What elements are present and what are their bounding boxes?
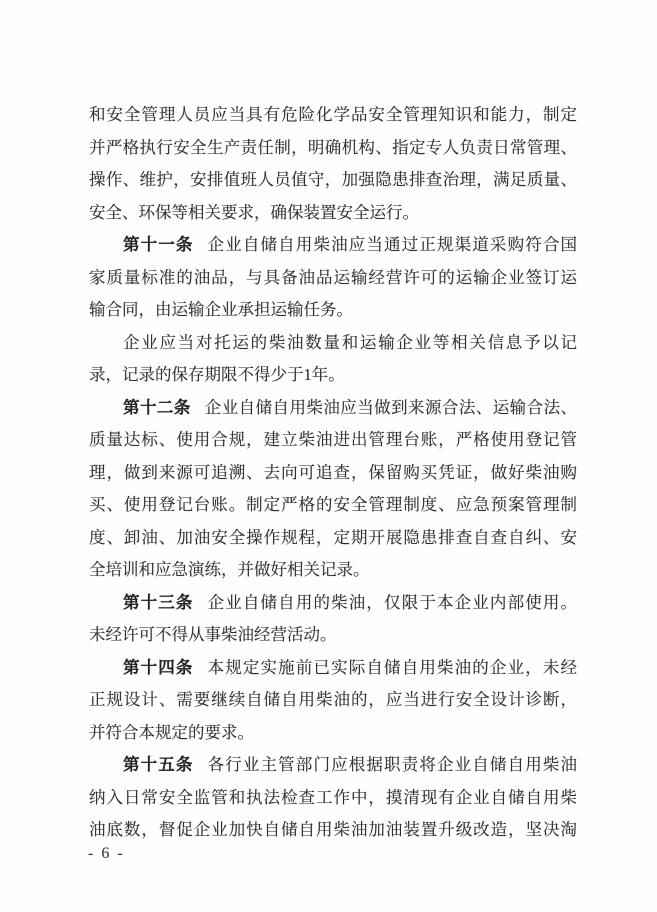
line-text: 安全、环保等相关要求，确保装置安全运行。	[89, 203, 419, 222]
line-text: 本规定实施前已实际自储自用柴油的企业，未经	[208, 658, 577, 677]
line-text: 纳入日常安全监管和执法检查工作中，摸清现有企业自储自用柴	[89, 788, 577, 807]
line-text: 质量达标、使用合规，建立柴油进出管理台账，严格使用登记管	[89, 430, 577, 449]
line-text: 和安全管理人员应当具有危险化学品安全管理知识和能力，制定	[89, 105, 577, 124]
line-text: 企业自储自用柴油应当通过正规渠道采购符合国	[208, 235, 577, 254]
line-text: 买、使用登记台账。制定严格的安全管理制度、应急预案管理制	[89, 495, 577, 514]
line-text: 理，做到来源可追溯、去向可追查，保留购买凭证，做好柴油购	[89, 463, 577, 482]
text-line: 纳入日常安全监管和执法检查工作中，摸清现有企业自储自用柴	[89, 782, 577, 815]
line-text: 全培训和应急演练，并做好相关记录。	[89, 560, 370, 579]
text-line-article-15: 第十五条各行业主管部门应根据职责将企业自储自用柴油	[89, 749, 577, 782]
text-line-article-14: 第十四条本规定实施前已实际自储自用柴油的企业，未经	[89, 652, 577, 685]
text-line: 安全、环保等相关要求，确保装置安全运行。	[89, 197, 577, 230]
text-line: 质量达标、使用合规，建立柴油进出管理台账，严格使用登记管	[89, 424, 577, 457]
text-line: 录，记录的保存期限不得少于1年。	[89, 359, 577, 392]
line-text: 企业应当对托运的柴油数量和运输企业等相关信息予以记	[123, 333, 577, 352]
line-text: 度、卸油、加油安全操作规程，定期开展隐患排查自查自纠、安	[89, 528, 577, 547]
line-text: 并符合本规定的要求。	[89, 723, 254, 742]
article-number: 第十三条	[123, 593, 194, 612]
text-line: 未经许可不得从事柴油经营活动。	[89, 619, 577, 652]
article-number: 第十四条	[123, 658, 194, 677]
text-line: 并严格执行安全生产责任制，明确机构、指定专人负责日常管理、	[89, 132, 577, 165]
article-number: 第十一条	[123, 235, 194, 254]
article-number: 第十五条	[123, 755, 194, 774]
document-body: 和安全管理人员应当具有危险化学品安全管理知识和能力，制定 并严格执行安全生产责任…	[89, 99, 577, 847]
text-line: 操作、维护，安排值班人员值守，加强隐患排查治理，满足质量、	[89, 164, 577, 197]
text-line: 买、使用登记台账。制定严格的安全管理制度、应急预案管理制	[89, 489, 577, 522]
text-line: 家质量标准的油品，与具备油品运输经营许可的运输企业签订运	[89, 262, 577, 295]
text-line: 和安全管理人员应当具有危险化学品安全管理知识和能力，制定	[89, 99, 577, 132]
line-text: 正规设计、需要继续自储自用柴油的，应当进行安全设计诊断，	[89, 690, 577, 709]
page-number: - 6 -	[88, 844, 125, 864]
line-text: 录，记录的保存期限不得少于1年。	[89, 365, 345, 384]
text-line: 输合同，由运输企业承担运输任务。	[89, 294, 577, 327]
document-page: 和安全管理人员应当具有危险化学品安全管理知识和能力，制定 并严格执行安全生产责任…	[0, 0, 657, 912]
text-line: 正规设计、需要继续自储自用柴油的，应当进行安全设计诊断，	[89, 684, 577, 717]
text-line: 理，做到来源可追溯、去向可追查，保留购买凭证，做好柴油购	[89, 457, 577, 490]
text-line: 全培训和应急演练，并做好相关记录。	[89, 554, 577, 587]
line-text: 未经许可不得从事柴油经营活动。	[89, 625, 337, 644]
text-line: 油底数，督促企业加快自储自用柴油加油装置升级改造，坚决淘	[89, 814, 577, 847]
line-text: 操作、维护，安排值班人员值守，加强隐患排查治理，满足质量、	[89, 170, 577, 189]
line-text: 并严格执行安全生产责任制，明确机构、指定专人负责日常管理、	[89, 138, 577, 157]
line-text: 输合同，由运输企业承担运输任务。	[89, 300, 353, 319]
line-text: 企业自储自用柴油应当做到来源合法、运输合法、	[205, 398, 577, 417]
article-number: 第十二条	[123, 398, 191, 417]
text-line: 并符合本规定的要求。	[89, 717, 577, 750]
text-line-article-11: 第十一条企业自储自用柴油应当通过正规渠道采购符合国	[89, 229, 577, 262]
line-text: 企业自储自用的柴油，仅限于本企业内部使用。	[208, 593, 577, 612]
line-text: 家质量标准的油品，与具备油品运输经营许可的运输企业签订运	[89, 268, 577, 287]
line-text: 各行业主管部门应根据职责将企业自储自用柴油	[208, 755, 577, 774]
text-line: 企业应当对托运的柴油数量和运输企业等相关信息予以记	[89, 327, 577, 360]
text-line-article-13: 第十三条企业自储自用的柴油，仅限于本企业内部使用。	[89, 587, 577, 620]
text-line: 度、卸油、加油安全操作规程，定期开展隐患排查自查自纠、安	[89, 522, 577, 555]
text-line-article-12: 第十二条企业自储自用柴油应当做到来源合法、运输合法、	[89, 392, 577, 425]
line-text: 油底数，督促企业加快自储自用柴油加油装置升级改造，坚决淘	[89, 820, 577, 839]
